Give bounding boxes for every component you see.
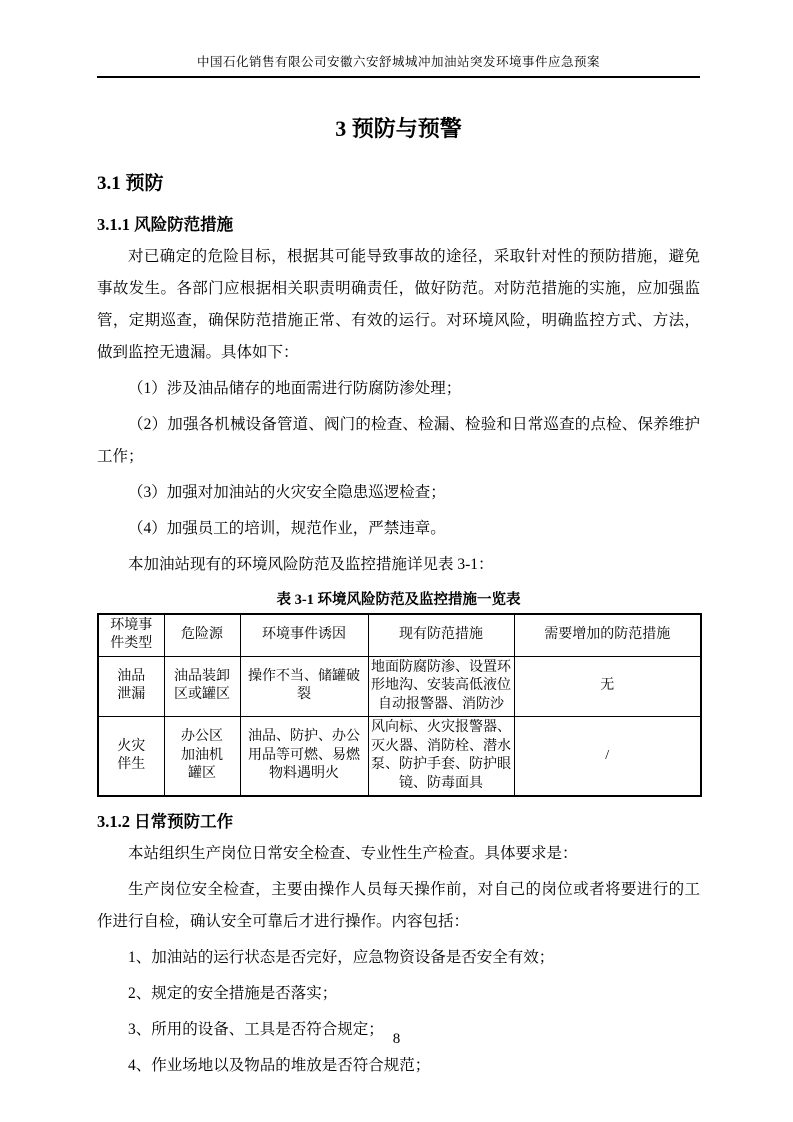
table-header-cell-existing-measures: 现有防范措施 [368,614,514,657]
paragraph-risk-measures-intro: 对已确定的危险目标，根据其可能导致事故的途径，采取针对性的预防措施，避免事故发生… [97,241,700,369]
table-row-fire: 火灾 伴生 办公区 加油机 罐区 油品、防护、办公 用品等可燃、易燃 物料遇明火… [98,717,701,797]
table-cell: 无 [514,656,701,717]
list-item-2: （2）加强各机械设备管道、阀门的检查、检漏、检验和日常巡查的点检、保养维护工作； [97,409,700,473]
table-cell: 办公区 加油机 罐区 [164,717,240,797]
list-item-1: （1）涉及油品储存的地面需进行防腐防渗处理； [97,373,700,405]
table-cell: 油品装卸 区或罐区 [164,656,240,717]
table-caption: 表 3-1 环境风险防范及监控措施一览表 [97,591,700,610]
table-row-oil-leak: 油品 泄漏 油品装卸 区或罐区 操作不当、储罐破 裂 地面防腐防渗、设置环 形地… [98,656,701,717]
table-cell: 油品、防护、办公 用品等可燃、易燃 物料遇明火 [240,717,368,797]
check-item-2: 2、规定的安全措施是否落实； [97,978,700,1010]
section-3-1-2-heading: 3.1.2 日常预防工作 [97,811,700,832]
table-cell: 操作不当、储罐破 裂 [240,656,368,717]
page-number: 8 [0,1031,793,1048]
list-item-3: （3）加强对加油站的火灾安全隐患巡逻检查； [97,477,700,509]
table-cell: 油品 泄漏 [98,656,164,717]
paragraph-daily-prevention-intro: 本站组织生产岗位日常安全检查、专业性生产检查。具体要求是： [97,838,700,870]
table-cell: 地面防腐防渗、设置环 形地沟、安装高低液位 自动报警器、消防沙 [368,656,514,717]
list-item-4: （4）加强员工的培训，规范作业，严禁违章。 [97,513,700,545]
paragraph-table-reference: 本加油站现有的环境风险防范及监控措施详见表 3-1： [97,549,700,581]
table-cell: / [514,717,701,797]
table-cell: 火灾 伴生 [98,717,164,797]
section-3-1-heading: 3.1 预防 [97,172,700,197]
chapter-title: 3 预防与预警 [97,114,700,144]
table-header-row: 环境事 件类型 危险源 环境事件诱因 现有防范措施 需要增加的防范措施 [98,614,701,657]
table-header-cell-event-cause: 环境事件诱因 [240,614,368,657]
section-3-1-1-heading: 3.1.1 风险防范措施 [97,214,700,235]
paragraph-self-check: 生产岗位安全检查，主要由操作人员每天操作前，对自己的岗位或者将要进行的工作进行自… [97,874,700,938]
table-header-cell-event-type: 环境事 件类型 [98,614,164,657]
table-cell: 风向标、火灾报警器、 灭火器、消防栓、潜水 泵、防护手套、防护眼 镜、防毒面具 [368,717,514,797]
page-content: 3 预防与预警 3.1 预防 3.1.1 风险防范措施 对已确定的危险目标，根据… [97,114,700,1082]
risk-prevention-table: 环境事 件类型 危险源 环境事件诱因 现有防范措施 需要增加的防范措施 油品 泄… [97,613,702,798]
page-header: 中国石化销售有限公司安徽六安舒城城冲加油站突发环境事件应急预案 [97,0,700,78]
check-item-1: 1、加油站的运行状态是否完好，应急物资设备是否安全有效； [97,942,700,974]
document-page: 中国石化销售有限公司安徽六安舒城城冲加油站突发环境事件应急预案 3 预防与预警 … [0,0,793,1122]
header-divider [97,76,700,78]
check-item-4: 4、作业场地以及物品的堆放是否符合规范； [97,1050,700,1082]
table-header-cell-hazard-source: 危险源 [164,614,240,657]
table-header-cell-additional-measures: 需要增加的防范措施 [514,614,701,657]
header-title: 中国石化销售有限公司安徽六安舒城城冲加油站突发环境事件应急预案 [97,52,700,70]
